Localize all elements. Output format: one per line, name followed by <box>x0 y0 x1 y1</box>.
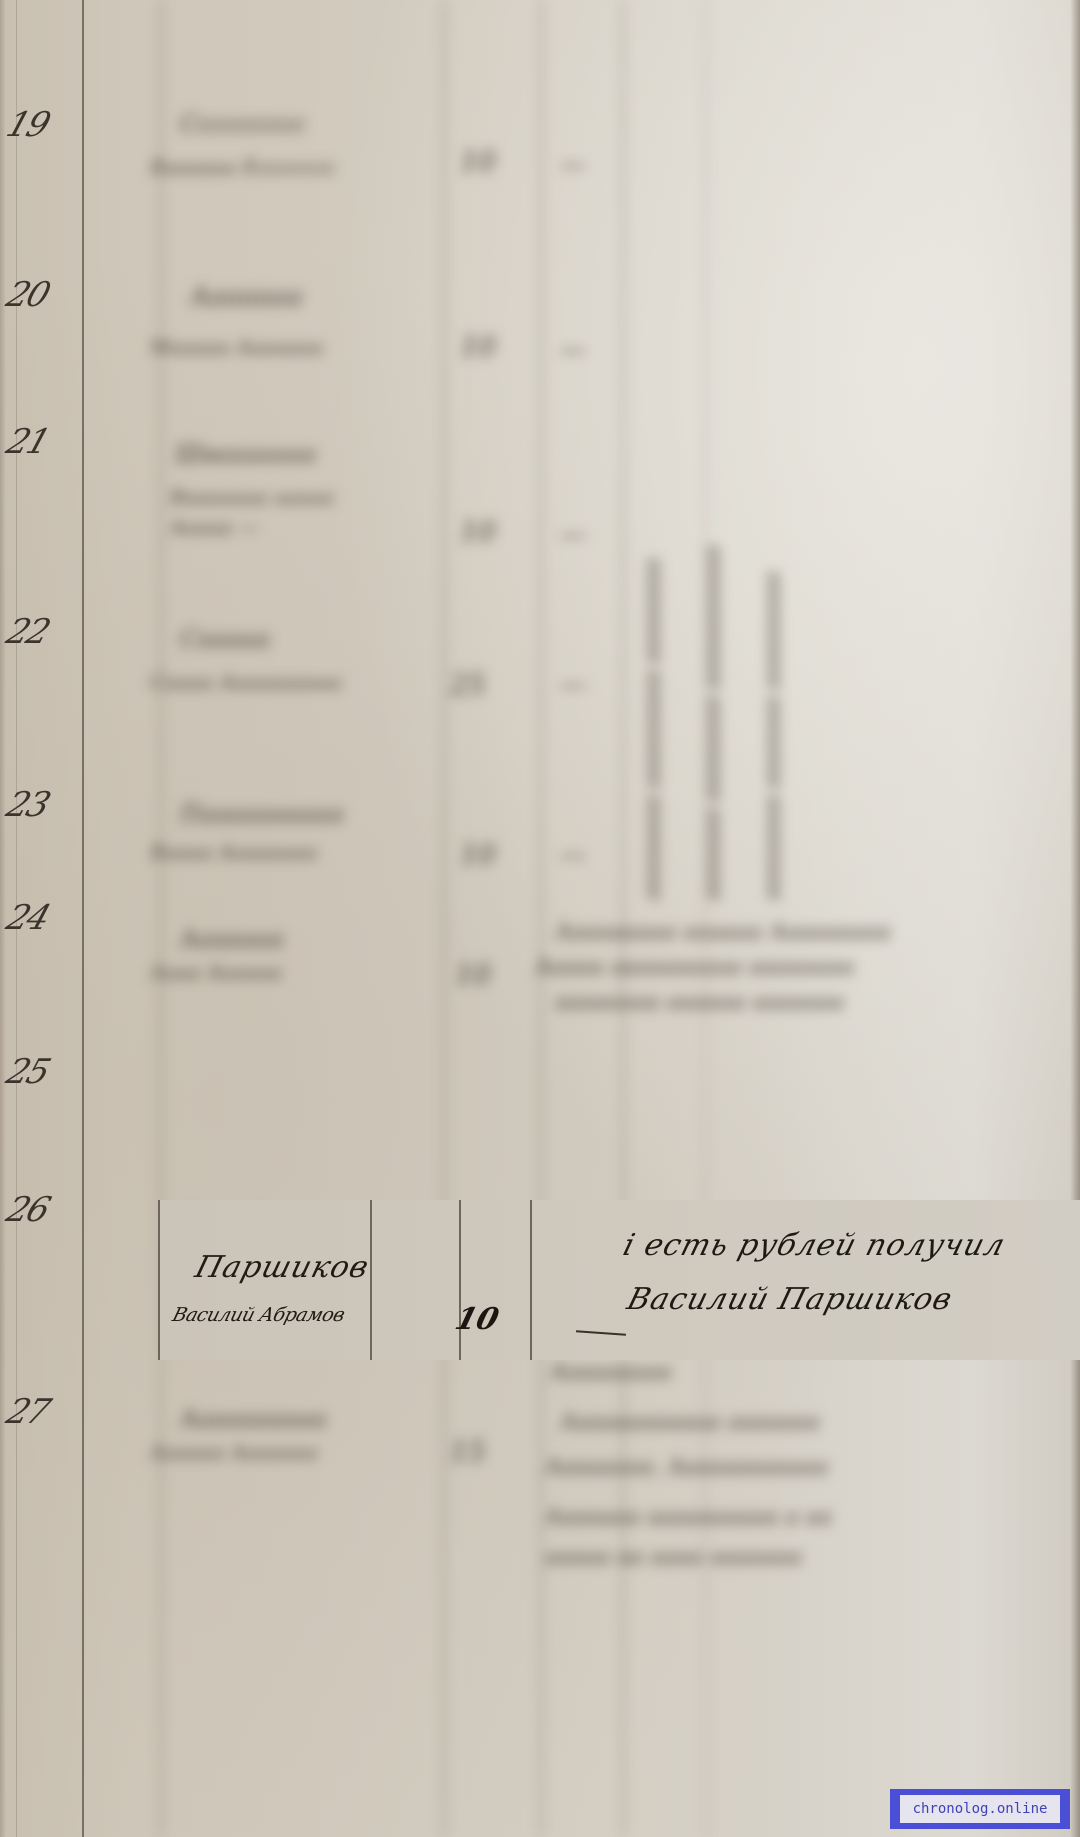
row-number-26: 26 <box>2 1190 75 1230</box>
row-22-given-name: Саааа Аааааааааа <box>150 670 342 694</box>
row-23-amount: 10 <box>460 838 496 871</box>
row-19-dash: — <box>560 150 586 180</box>
row-number-21: 21 <box>2 422 75 462</box>
row-20-given-name: Мааааа Ааааааа <box>150 335 323 359</box>
row-23-dash: — <box>560 840 586 870</box>
row-22-dash: — <box>560 670 586 700</box>
paper-left-edge <box>0 0 6 1837</box>
row-number-23: 23 <box>2 785 75 825</box>
row-20-surname: Ааааааа <box>190 282 303 312</box>
rule-name-column-left <box>160 0 162 1837</box>
notes-vertical-line-2: ааааааа аааааааа ааааааааааа <box>700 545 725 900</box>
row-27-note-2: Аааааааа. Аааааааааааа <box>545 1455 828 1480</box>
notes-vertical-line-1: аааааааа ааааааааа аааааааа <box>640 558 665 900</box>
watermark-badge: chronolog.online <box>890 1789 1070 1829</box>
row-27-given-name: Аааааа Ааааааа <box>150 1440 318 1464</box>
ledger-page: 19 20 21 22 23 24 25 26 27 Ссссссссс Ваа… <box>0 0 1080 1837</box>
row-22-surname: Сааааа <box>180 625 270 653</box>
margin-rule-number-column <box>82 0 84 1837</box>
entry-given-name-patronymic: Василий Абрамов <box>170 1304 347 1326</box>
rule-dash-column-right <box>622 0 624 1837</box>
row-21-dash: — <box>560 520 586 550</box>
row-22-amount: 25 <box>450 668 486 701</box>
row-19-surname: Ссссссссс <box>180 110 306 138</box>
row-20-amount: 10 <box>460 330 496 363</box>
ledger-entry-25: Паршиков Василий Абрамов 10 і есть рубле… <box>158 1200 1080 1360</box>
row-number-22: 22 <box>2 612 75 652</box>
rule-name-right <box>370 1200 372 1360</box>
rule-name-column-right <box>443 0 445 1837</box>
watermark-text: chronolog.online <box>900 1795 1060 1823</box>
row-24-given-name: Аааа Аааааа <box>150 960 282 984</box>
row-19-amount: 10 <box>460 145 496 178</box>
row-20-dash: — <box>560 335 586 365</box>
row-24-note-1: Ааааааааа аааааа Ааааааааа <box>555 920 891 945</box>
row-27-note-1: Аааааааааааа ааааааа <box>560 1410 820 1435</box>
entry-surname: Паршиков <box>191 1250 373 1285</box>
row-24-surname: Ааааааа <box>180 925 284 953</box>
row-number-24: 24 <box>2 898 75 938</box>
row-number-25: 25 <box>2 1052 75 1092</box>
notes-vertical-line-3: аааааааа ааааааа ааааааааа <box>760 571 785 900</box>
rule-amount-column-right <box>540 0 542 1837</box>
entry-note-line-1: і есть рублей получил <box>619 1228 1009 1263</box>
row-23-surname: Паааааааааа <box>180 800 344 828</box>
row-27-amount: 15 <box>450 1435 486 1468</box>
rule-dash-right <box>530 1200 532 1360</box>
row-23-given-name: Ваааа Аааааааа <box>150 840 317 864</box>
row-21-given-name: Вааааааа ааааа <box>170 485 334 509</box>
paper-right-edge <box>1070 0 1080 1837</box>
row-24-note-3: аааааааа аааааа ааааааа <box>555 990 844 1015</box>
row-24-amount: 10 <box>455 958 491 991</box>
row-number-27: 27 <box>2 1392 75 1432</box>
row-26-note-4: Ааааааааа <box>550 1360 672 1385</box>
row-27-note-3: Ааааааа аааааааааа а аа <box>545 1505 832 1530</box>
redacted-content-area: Ссссссссс Ваааааа Ессссссс 10 Ааааааа Ма… <box>160 0 1080 1837</box>
entry-dash-mark <box>576 1330 626 1335</box>
entry-note-line-2: Василий Паршиков <box>623 1282 956 1317</box>
rule-name-left <box>158 1200 160 1360</box>
row-24-note-2: Ааааа аааааааааа аааааааа <box>535 955 854 980</box>
rule-note-inner <box>705 0 706 1837</box>
row-21-patronymic: Ааааа — <box>170 515 259 539</box>
row-27-surname: Аааааааааа <box>180 1405 327 1433</box>
row-number-20: 20 <box>2 275 75 315</box>
row-19-given-name: Ваааааа Ессссссс <box>150 155 336 179</box>
row-27-note-4: ааааа аа аааа ааааааа <box>545 1545 802 1570</box>
row-21-surname: Швааааааа <box>175 440 317 468</box>
row-number-19: 19 <box>2 105 75 145</box>
row-21-amount: 10 <box>460 515 496 548</box>
entry-amount: 10 <box>451 1302 502 1337</box>
